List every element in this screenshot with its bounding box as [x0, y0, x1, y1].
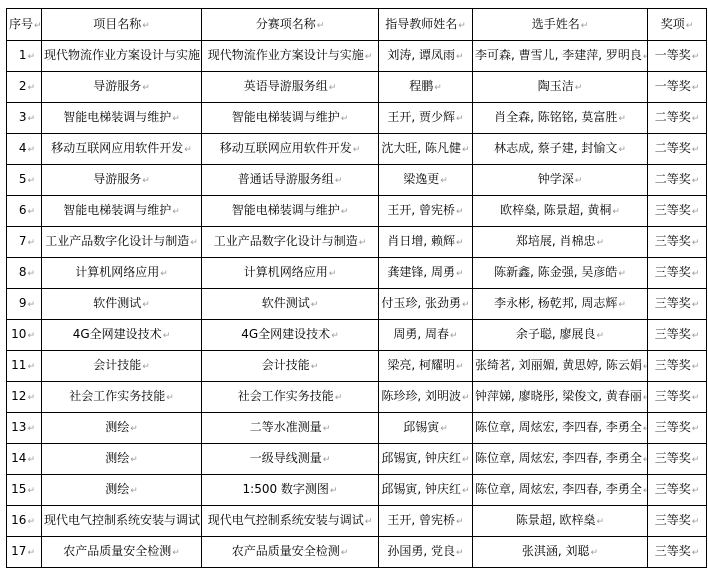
row-number: 5: [19, 172, 27, 186]
paragraph-mark-icon: ↵: [27, 83, 35, 93]
sub-event-name: 1:500 数字测图: [243, 482, 329, 496]
sub-event-name-cell: 计算机网络应用↵: [202, 258, 379, 289]
paragraph-mark-icon: ↵: [365, 517, 373, 527]
sub-event-name-cell: 社会工作实务技能↵: [202, 382, 379, 413]
award-level-cell: 三等奖↵: [648, 506, 707, 537]
award-level: 三等奖: [655, 451, 691, 465]
paragraph-mark-icon: ↵: [27, 207, 35, 217]
paragraph-mark-icon: ↵: [27, 114, 35, 124]
project-name: 4G全网建设技术: [73, 327, 162, 341]
row-number: 1: [19, 48, 27, 62]
project-name: 测绘: [105, 451, 129, 465]
paragraph-mark-icon: ↵: [440, 424, 448, 434]
project-name-cell: 导游服务↵: [42, 72, 202, 103]
student-names-cell: 张淇涵, 刘聪↵: [473, 537, 648, 568]
paragraph-mark-icon: ↵: [190, 238, 198, 248]
paragraph-mark-icon: ↵: [692, 269, 700, 279]
teacher-names-cell: 邱锡寅↵: [379, 413, 473, 444]
paragraph-mark-icon: ↵: [612, 207, 620, 217]
teacher-names: 陈珍珍, 刘明波: [381, 389, 461, 403]
teacher-names: 王开, 曾宪桥: [387, 513, 455, 527]
paragraph-mark-icon: ↵: [27, 269, 35, 279]
table-row: 11↵会计技能↵会计技能↵梁亮, 柯耀明↵张绮茗, 刘丽媚, 黄思婷, 陈云娟↵…: [7, 351, 707, 382]
paragraph-mark-icon: ↵: [456, 114, 464, 124]
awards-table: 序号↵ 项目名称↵ 分赛项名称↵ 指导教师姓名↵ 选手姓名↵ 奖项↵ 1↵现代物…: [6, 8, 707, 568]
paragraph-mark-icon: ↵: [323, 455, 331, 465]
sub-event-name-cell: 智能电梯装调与维护↵: [202, 196, 379, 227]
teacher-names-cell: 邱锡寅, 钟庆红↵: [379, 475, 473, 506]
sub-event-name-cell: 智能电梯装调与维护↵: [202, 103, 379, 134]
project-name: 测绘: [105, 420, 129, 434]
student-names-cell: 陈新鑫, 陈金强, 吴彦皓↵: [473, 258, 648, 289]
paragraph-mark-icon: ↵: [341, 548, 349, 558]
teacher-names: 程鹏: [409, 79, 433, 93]
paragraph-mark-icon: ↵: [692, 548, 700, 558]
teacher-names: 邱锡寅, 钟庆红: [381, 451, 461, 465]
student-names: 肖全森, 陈铭铭, 莫富胜: [494, 110, 617, 124]
paragraph-mark-icon: ↵: [331, 331, 339, 341]
project-name-cell: 现代物流作业方案设计与实施↵: [42, 41, 202, 72]
paragraph-mark-icon: ↵: [34, 21, 41, 31]
paragraph-mark-icon: ↵: [456, 362, 464, 372]
student-names: 陈位章, 周炫宏, 李四春, 李勇全: [475, 482, 642, 496]
teacher-names: 邱锡寅, 钟庆红: [381, 482, 461, 496]
table-body: 1↵现代物流作业方案设计与实施↵现代物流作业方案设计与实施↵刘涛, 谭凤雨↵李可…: [7, 41, 707, 568]
paragraph-mark-icon: ↵: [692, 300, 700, 310]
teacher-names-cell: 王开, 曾宪桥↵: [379, 506, 473, 537]
row-number-cell: 15↵: [7, 475, 42, 506]
row-number-cell: 5↵: [7, 165, 42, 196]
student-names: 张淇涵, 刘聪: [522, 544, 590, 558]
sub-event-name: 英语导游服务组: [244, 79, 328, 93]
project-name-cell: 会计技能↵: [42, 351, 202, 382]
project-name-cell: 移动互联网应用软件开发↵: [42, 134, 202, 165]
project-name-cell: 计算机网络应用↵: [42, 258, 202, 289]
paragraph-mark-icon: ↵: [329, 83, 337, 93]
row-number: 15: [11, 482, 26, 496]
paragraph-mark-icon: ↵: [323, 424, 331, 434]
award-level-cell: 一等奖↵: [648, 72, 707, 103]
table-row: 6↵智能电梯装调与维护↵智能电梯装调与维护↵王开, 曾宪桥↵欧梓燊, 陈景超, …: [7, 196, 707, 227]
table-row: 15↵测绘↵1:500 数字测图↵邱锡寅, 钟庆红↵陈位章, 周炫宏, 李四春,…: [7, 475, 707, 506]
project-name: 智能电梯装调与维护: [63, 110, 171, 124]
paragraph-mark-icon: ↵: [643, 424, 648, 434]
header-sub-event-label: 分赛项名称: [256, 17, 316, 31]
award-level-cell: 三等奖↵: [648, 475, 707, 506]
paragraph-mark-icon: ↵: [27, 145, 35, 155]
paragraph-mark-icon: ↵: [27, 486, 35, 496]
student-names: 陈位章, 周炫宏, 李四春, 李勇全: [475, 451, 642, 465]
teacher-names-cell: 刘涛, 谭凤雨↵: [379, 41, 473, 72]
teacher-names-cell: 梁逸更↵: [379, 165, 473, 196]
row-number-cell: 9↵: [7, 289, 42, 320]
project-name: 导游服务: [93, 79, 141, 93]
paragraph-mark-icon: ↵: [575, 83, 583, 93]
paragraph-mark-icon: ↵: [597, 517, 605, 527]
teacher-names: 刘涛, 谭凤雨: [387, 48, 455, 62]
sub-event-name-cell: 会计技能↵: [202, 351, 379, 382]
table-row: 7↵工业产品数字化设计与制造↵工业产品数字化设计与制造↵肖日增, 赖辉↵郑培展,…: [7, 227, 707, 258]
teacher-names-cell: 龚建锋, 周勇↵: [379, 258, 473, 289]
header-award-label: 奖项: [661, 17, 685, 31]
paragraph-mark-icon: ↵: [692, 114, 700, 124]
project-name: 社会工作实务技能: [69, 389, 165, 403]
row-number-cell: 14↵: [7, 444, 42, 475]
row-number: 11: [11, 358, 26, 372]
header-sub-event: 分赛项名称↵: [202, 9, 379, 41]
award-level: 二等奖: [655, 172, 691, 186]
paragraph-mark-icon: ↵: [458, 21, 466, 31]
project-name: 现代物流作业方案设计与实施: [44, 48, 200, 62]
student-names-cell: 欧梓燊, 陈景超, 黄桐↵: [473, 196, 648, 227]
paragraph-mark-icon: ↵: [130, 424, 138, 434]
paragraph-mark-icon: ↵: [450, 331, 458, 341]
sub-event-name: 农产品质量安全检测: [232, 544, 340, 558]
award-level-cell: 三等奖↵: [648, 413, 707, 444]
paragraph-mark-icon: ↵: [184, 145, 192, 155]
student-names-cell: 钟学深↵: [473, 165, 648, 196]
project-name-cell: 测绘↵: [42, 444, 202, 475]
row-number-cell: 7↵: [7, 227, 42, 258]
teacher-names-cell: 孙国勇, 党良↵: [379, 537, 473, 568]
sub-event-name-cell: 现代电气控制系统安装与调试↵: [202, 506, 379, 537]
paragraph-mark-icon: ↵: [166, 393, 174, 403]
award-level: 三等奖: [655, 203, 691, 217]
student-names: 李可森, 曹雪儿, 李建萍, 罗明良: [475, 48, 642, 62]
paragraph-mark-icon: ↵: [618, 114, 626, 124]
student-names-cell: 陶玉洁↵: [473, 72, 648, 103]
project-name: 移动互联网应用软件开发: [51, 141, 183, 155]
paragraph-mark-icon: ↵: [27, 424, 35, 434]
teacher-names: 龚建锋, 周勇: [387, 265, 455, 279]
student-names: 林志成, 蔡子建, 封愉文: [494, 141, 617, 155]
student-names: 钟萍娣, 廖晓彤, 梁俊文, 黄春丽: [475, 389, 642, 403]
student-names: 陈位章, 周炫宏, 李四春, 李勇全: [475, 420, 642, 434]
sub-event-name-cell: 一级导线测量↵: [202, 444, 379, 475]
paragraph-mark-icon: ↵: [692, 517, 700, 527]
paragraph-mark-icon: ↵: [643, 455, 648, 465]
teacher-names-cell: 邱锡寅, 钟庆红↵: [379, 444, 473, 475]
paragraph-mark-icon: ↵: [692, 393, 700, 403]
paragraph-mark-icon: ↵: [341, 207, 349, 217]
project-name-cell: 工业产品数字化设计与制造↵: [42, 227, 202, 258]
project-name-cell: 导游服务↵: [42, 165, 202, 196]
teacher-names: 梁逸更: [403, 172, 439, 186]
student-names-cell: 陈位章, 周炫宏, 李四春, 李勇全↵: [473, 444, 648, 475]
table-row: 13↵测绘↵二等水准测量↵邱锡寅↵陈位章, 周炫宏, 李四春, 李勇全↵三等奖↵: [7, 413, 707, 444]
table-row: 16↵现代电气控制系统安装与调试↵现代电气控制系统安装与调试↵王开, 曾宪桥↵陈…: [7, 506, 707, 537]
paragraph-mark-icon: ↵: [172, 207, 180, 217]
paragraph-mark-icon: ↵: [581, 21, 589, 31]
paragraph-mark-icon: ↵: [27, 517, 35, 527]
sub-event-name-cell: 现代物流作业方案设计与实施↵: [202, 41, 379, 72]
paragraph-mark-icon: ↵: [643, 393, 648, 403]
table-row: 1↵现代物流作业方案设计与实施↵现代物流作业方案设计与实施↵刘涛, 谭凤雨↵李可…: [7, 41, 707, 72]
paragraph-mark-icon: ↵: [142, 362, 150, 372]
teacher-names: 邱锡寅: [403, 420, 439, 434]
teacher-names-cell: 梁亮, 柯耀明↵: [379, 351, 473, 382]
student-names-cell: 陈景超, 欧梓燊↵: [473, 506, 648, 537]
paragraph-mark-icon: ↵: [575, 176, 583, 186]
award-level-cell: 二等奖↵: [648, 134, 707, 165]
award-level: 三等奖: [655, 482, 691, 496]
student-names-cell: 张绮茗, 刘丽媚, 黄思婷, 陈云娟↵: [473, 351, 648, 382]
paragraph-mark-icon: ↵: [692, 207, 700, 217]
table-row: 2↵导游服务↵英语导游服务组↵程鹏↵陶玉洁↵一等奖↵: [7, 72, 707, 103]
award-level: 三等奖: [655, 389, 691, 403]
award-level-cell: 三等奖↵: [648, 289, 707, 320]
paragraph-mark-icon: ↵: [163, 331, 171, 341]
student-names-cell: 钟萍娣, 廖晓彤, 梁俊文, 黄春丽↵: [473, 382, 648, 413]
table-row: 3↵智能电梯装调与维护↵智能电梯装调与维护↵王开, 贾少辉↵肖全森, 陈铭铭, …: [7, 103, 707, 134]
sub-event-name-cell: 移动互联网应用软件开发↵: [202, 134, 379, 165]
student-names-cell: 陈位章, 周炫宏, 李四春, 李勇全↵: [473, 413, 648, 444]
award-level-cell: 三等奖↵: [648, 320, 707, 351]
paragraph-mark-icon: ↵: [692, 486, 700, 496]
paragraph-mark-icon: ↵: [462, 300, 470, 310]
row-number: 7: [19, 234, 27, 248]
row-number-cell: 10↵: [7, 320, 42, 351]
paragraph-mark-icon: ↵: [692, 83, 700, 93]
paragraph-mark-icon: ↵: [456, 52, 464, 62]
row-number: 17: [11, 544, 26, 558]
paragraph-mark-icon: ↵: [456, 207, 464, 217]
student-names-cell: 陈位章, 周炫宏, 李四春, 李勇全↵: [473, 475, 648, 506]
paragraph-mark-icon: ↵: [27, 362, 35, 372]
paragraph-mark-icon: ↵: [27, 393, 35, 403]
paragraph-mark-icon: ↵: [456, 269, 464, 279]
paragraph-mark-icon: ↵: [27, 176, 35, 186]
student-names: 陶玉洁: [538, 79, 574, 93]
student-names: 张绮茗, 刘丽媚, 黄思婷, 陈云娟: [475, 358, 642, 372]
paragraph-mark-icon: ↵: [329, 269, 337, 279]
paragraph-mark-icon: ↵: [142, 300, 150, 310]
teacher-names: 沈大旺, 陈凡健: [381, 141, 461, 155]
paragraph-mark-icon: ↵: [317, 21, 325, 31]
paragraph-mark-icon: ↵: [643, 362, 648, 372]
sub-event-name: 软件测试: [262, 296, 310, 310]
paragraph-mark-icon: ↵: [643, 52, 648, 62]
row-number: 4: [19, 141, 27, 155]
header-project: 项目名称↵: [42, 9, 202, 41]
paragraph-mark-icon: ↵: [311, 300, 319, 310]
header-teachers-label: 指导教师姓名: [385, 17, 457, 31]
student-names-cell: 肖全森, 陈铭铭, 莫富胜↵: [473, 103, 648, 134]
sub-event-name-cell: 4G全网建设技术↵: [202, 320, 379, 351]
paragraph-mark-icon: ↵: [27, 52, 35, 62]
sub-event-name-cell: 软件测试↵: [202, 289, 379, 320]
paragraph-mark-icon: ↵: [142, 83, 150, 93]
header-row: 序号↵ 项目名称↵ 分赛项名称↵ 指导教师姓名↵ 选手姓名↵ 奖项↵: [7, 9, 707, 41]
row-number: 9: [19, 296, 27, 310]
student-names: 欧梓燊, 陈景超, 黄桐: [500, 203, 611, 217]
paragraph-mark-icon: ↵: [353, 145, 361, 155]
award-level: 三等奖: [655, 234, 691, 248]
paragraph-mark-icon: ↵: [643, 486, 648, 496]
award-level: 一等奖: [655, 79, 691, 93]
project-name: 智能电梯装调与维护: [63, 203, 171, 217]
student-names-cell: 林志成, 蔡子建, 封愉文↵: [473, 134, 648, 165]
row-number: 10: [11, 327, 26, 341]
award-level: 一等奖: [655, 48, 691, 62]
paragraph-mark-icon: ↵: [692, 52, 700, 62]
award-level-cell: 三等奖↵: [648, 196, 707, 227]
paragraph-mark-icon: ↵: [434, 83, 442, 93]
paragraph-mark-icon: ↵: [692, 424, 700, 434]
paragraph-mark-icon: ↵: [456, 238, 464, 248]
award-level-cell: 三等奖↵: [648, 382, 707, 413]
header-no-label: 序号: [9, 17, 33, 31]
award-level: 三等奖: [655, 327, 691, 341]
award-level: 二等奖: [655, 110, 691, 124]
teacher-names: 梁亮, 柯耀明: [387, 358, 455, 372]
project-name-cell: 智能电梯装调与维护↵: [42, 196, 202, 227]
project-name: 测绘: [105, 482, 129, 496]
sub-event-name-cell: 英语导游服务组↵: [202, 72, 379, 103]
table-row: 12↵社会工作实务技能↵社会工作实务技能↵陈珍珍, 刘明波↵钟萍娣, 廖晓彤, …: [7, 382, 707, 413]
row-number: 14: [11, 451, 26, 465]
sub-event-name: 工业产品数字化设计与制造: [214, 234, 358, 248]
student-names-cell: 余子聪, 廖展良↵: [473, 320, 648, 351]
teacher-names-cell: 陈珍珍, 刘明波↵: [379, 382, 473, 413]
award-level-cell: 三等奖↵: [648, 444, 707, 475]
teacher-names: 付玉珍, 张劲勇: [381, 296, 461, 310]
sub-event-name: 智能电梯装调与维护: [232, 110, 340, 124]
paragraph-mark-icon: ↵: [462, 393, 470, 403]
row-number-cell: 13↵: [7, 413, 42, 444]
paragraph-mark-icon: ↵: [27, 238, 35, 248]
project-name-cell: 社会工作实务技能↵: [42, 382, 202, 413]
teacher-names: 王开, 贾少辉: [387, 110, 455, 124]
row-number: 2: [19, 79, 27, 93]
project-name-cell: 4G全网建设技术↵: [42, 320, 202, 351]
award-level-cell: 三等奖↵: [648, 351, 707, 382]
row-number-cell: 11↵: [7, 351, 42, 382]
row-number-cell: 12↵: [7, 382, 42, 413]
award-level: 三等奖: [655, 358, 691, 372]
student-names-cell: 郑培展, 肖棉忠↵: [473, 227, 648, 258]
student-names: 郑培展, 肖棉忠: [516, 234, 596, 248]
project-name: 软件测试: [93, 296, 141, 310]
award-level: 二等奖: [655, 141, 691, 155]
teacher-names: 周勇, 周春: [393, 327, 449, 341]
project-name-cell: 智能电梯装调与维护↵: [42, 103, 202, 134]
award-level: 三等奖: [655, 296, 691, 310]
row-number-cell: 2↵: [7, 72, 42, 103]
paragraph-mark-icon: ↵: [692, 362, 700, 372]
paragraph-mark-icon: ↵: [335, 393, 343, 403]
table-row: 4↵移动互联网应用软件开发↵移动互联网应用软件开发↵沈大旺, 陈凡健↵林志成, …: [7, 134, 707, 165]
paragraph-mark-icon: ↵: [618, 145, 626, 155]
paragraph-mark-icon: ↵: [365, 52, 373, 62]
award-level: 三等奖: [655, 265, 691, 279]
teacher-names-cell: 王开, 贾少辉↵: [379, 103, 473, 134]
paragraph-mark-icon: ↵: [618, 269, 626, 279]
project-name-cell: 软件测试↵: [42, 289, 202, 320]
teacher-names-cell: 肖日增, 赖辉↵: [379, 227, 473, 258]
row-number: 13: [11, 420, 26, 434]
paragraph-mark-icon: ↵: [456, 548, 464, 558]
paragraph-mark-icon: ↵: [160, 269, 168, 279]
teacher-names-cell: 程鹏↵: [379, 72, 473, 103]
paragraph-mark-icon: ↵: [172, 114, 180, 124]
award-level-cell: 二等奖↵: [648, 165, 707, 196]
student-names: 钟学深: [538, 172, 574, 186]
paragraph-mark-icon: ↵: [130, 455, 138, 465]
header-project-label: 项目名称: [93, 17, 141, 31]
teacher-names-cell: 沈大旺, 陈凡健↵: [379, 134, 473, 165]
sub-event-name: 社会工作实务技能: [238, 389, 334, 403]
table-row: 17↵农产品质量安全检测↵农产品质量安全检测↵孙国勇, 党良↵张淇涵, 刘聪↵三…: [7, 537, 707, 568]
table-row: 10↵4G全网建设技术↵4G全网建设技术↵周勇, 周春↵余子聪, 廖展良↵三等奖…: [7, 320, 707, 351]
row-number-cell: 16↵: [7, 506, 42, 537]
paragraph-mark-icon: ↵: [311, 362, 319, 372]
award-level-cell: 二等奖↵: [648, 103, 707, 134]
row-number: 8: [19, 265, 27, 279]
paragraph-mark-icon: ↵: [692, 455, 700, 465]
paragraph-mark-icon: ↵: [27, 548, 35, 558]
header-award: 奖项↵: [648, 9, 707, 41]
paragraph-mark-icon: ↵: [692, 238, 700, 248]
row-number: 16: [11, 513, 26, 527]
award-level-cell: 三等奖↵: [648, 227, 707, 258]
paragraph-mark-icon: ↵: [142, 21, 150, 31]
paragraph-mark-icon: ↵: [597, 238, 605, 248]
award-level-cell: 三等奖↵: [648, 258, 707, 289]
sub-event-name-cell: 工业产品数字化设计与制造↵: [202, 227, 379, 258]
paragraph-mark-icon: ↵: [130, 486, 138, 496]
paragraph-mark-icon: ↵: [456, 517, 464, 527]
paragraph-mark-icon: ↵: [692, 331, 700, 341]
table-row: 8↵计算机网络应用↵计算机网络应用↵龚建锋, 周勇↵陈新鑫, 陈金强, 吴彦皓↵…: [7, 258, 707, 289]
student-names: 余子聪, 廖展良: [516, 327, 596, 341]
paragraph-mark-icon: ↵: [462, 145, 470, 155]
paragraph-mark-icon: ↵: [440, 176, 448, 186]
project-name-cell: 测绘↵: [42, 475, 202, 506]
award-level-cell: 一等奖↵: [648, 41, 707, 72]
project-name: 农产品质量安全检测: [63, 544, 171, 558]
teacher-names-cell: 付玉珍, 张劲勇↵: [379, 289, 473, 320]
header-no: 序号↵: [7, 9, 42, 41]
sub-event-name: 二等水准测量: [250, 420, 322, 434]
sub-event-name-cell: 普通话导游服务组↵: [202, 165, 379, 196]
paragraph-mark-icon: ↵: [27, 331, 35, 341]
sub-event-name: 会计技能: [262, 358, 310, 372]
sub-event-name: 普通话导游服务组: [238, 172, 334, 186]
sub-event-name: 移动互联网应用软件开发: [220, 141, 352, 155]
paragraph-mark-icon: ↵: [341, 114, 349, 124]
teacher-names: 孙国勇, 党良: [387, 544, 455, 558]
project-name-cell: 测绘↵: [42, 413, 202, 444]
row-number-cell: 17↵: [7, 537, 42, 568]
student-names-cell: 李可森, 曹雪儿, 李建萍, 罗明良↵: [473, 41, 648, 72]
sub-event-name-cell: 农产品质量安全检测↵: [202, 537, 379, 568]
table-row: 14↵测绘↵一级导线测量↵邱锡寅, 钟庆红↵陈位章, 周炫宏, 李四春, 李勇全…: [7, 444, 707, 475]
row-number-cell: 1↵: [7, 41, 42, 72]
paragraph-mark-icon: ↵: [597, 331, 605, 341]
project-name-cell: 现代电气控制系统安装与调试↵: [42, 506, 202, 537]
sub-event-name: 一级导线测量: [250, 451, 322, 465]
paragraph-mark-icon: ↵: [462, 486, 470, 496]
row-number: 12: [11, 389, 26, 403]
table-row: 9↵软件测试↵软件测试↵付玉珍, 张劲勇↵李永彬, 杨乾邦, 周志辉↵三等奖↵: [7, 289, 707, 320]
teacher-names-cell: 周勇, 周春↵: [379, 320, 473, 351]
sub-event-name-cell: 二等水准测量↵: [202, 413, 379, 444]
paragraph-mark-icon: ↵: [618, 300, 626, 310]
sub-event-name: 计算机网络应用: [244, 265, 328, 279]
paragraph-mark-icon: ↵: [591, 548, 599, 558]
teacher-names-cell: 王开, 曾宪桥↵: [379, 196, 473, 227]
